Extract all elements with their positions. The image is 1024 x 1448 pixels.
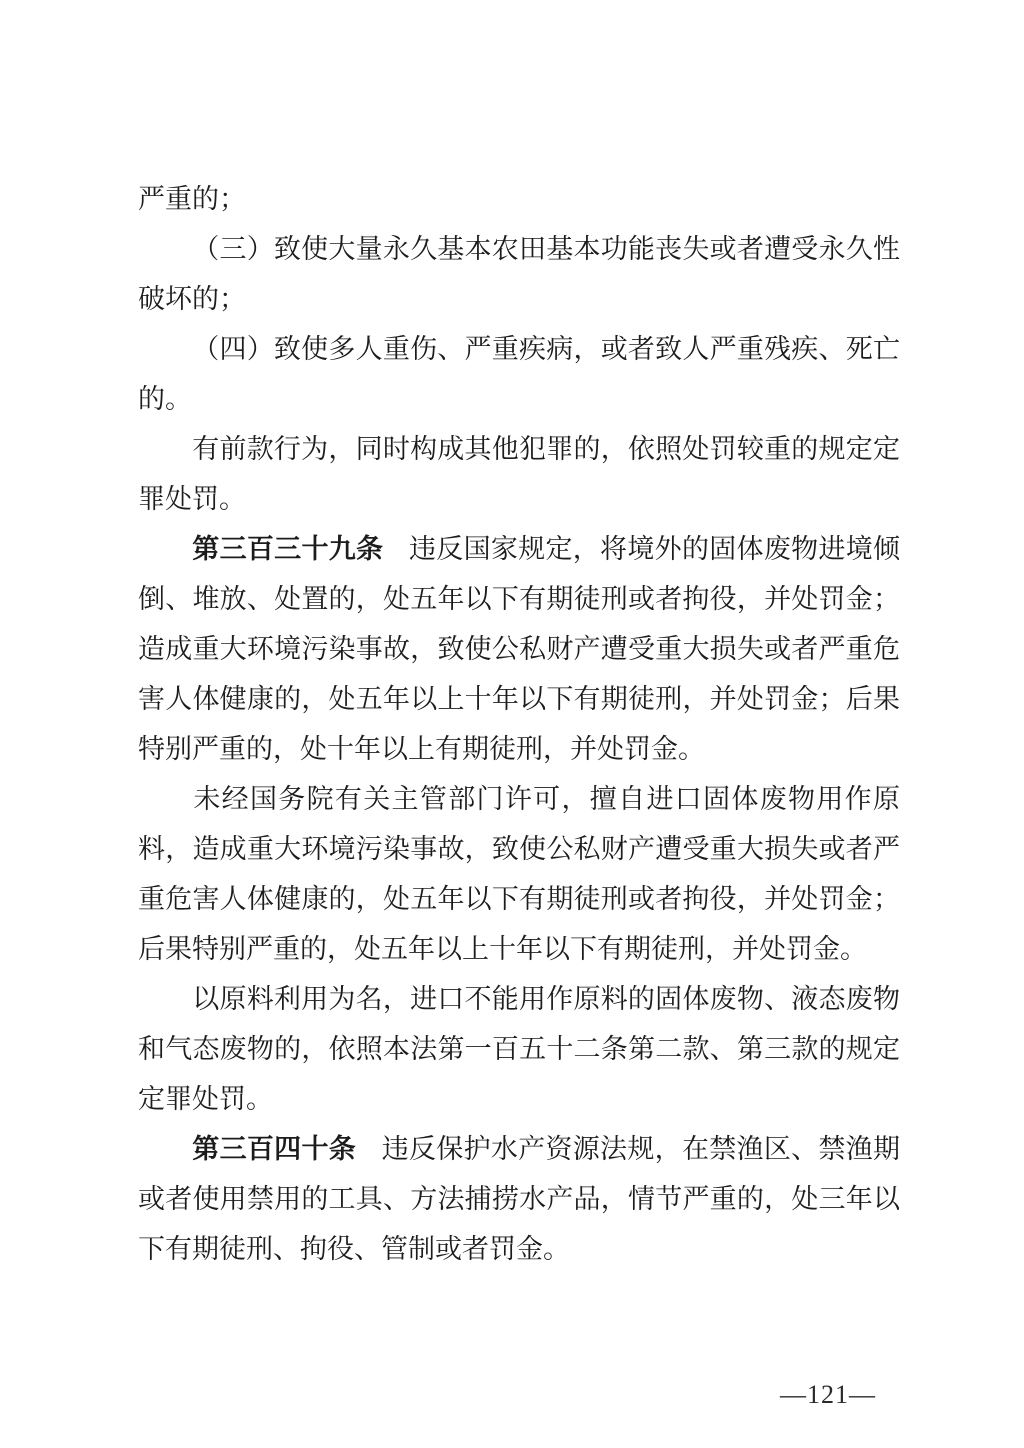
article-number: 第三百四十条 — [192, 1134, 356, 1164]
text-line: 或者使用禁用的工具、方法捕捞水产品，情节严重的，处三年以 — [138, 1174, 900, 1224]
text-line: 的。 — [138, 374, 900, 424]
paragraph-indent — [138, 257, 192, 258]
text-line: 未经国务院有关主管部门许可，擅自进口固体废物用作原 — [138, 774, 900, 824]
text-line: （三）致使大量永久基本农田基本功能丧失或者遭受永久性 — [138, 224, 900, 274]
article-number: 第三百三十九条 — [192, 534, 383, 564]
text-line: 后果特别严重的，处五年以上十年以下有期徒刑，并处罚金。 — [138, 924, 900, 974]
text-line: 以原料利用为名，进口不能用作原料的固体废物、液态废物 — [138, 974, 900, 1024]
text-line: 造成重大环境污染事故，致使公私财产遭受重大损失或者严重危 — [138, 624, 900, 674]
text-line: 特别严重的，处十年以上有期徒刑，并处罚金。 — [138, 724, 900, 774]
paragraph-indent — [138, 807, 192, 808]
paragraph-indent — [138, 557, 192, 558]
page-number: —121— — [780, 1378, 876, 1412]
text-line: 破坏的； — [138, 274, 900, 324]
text-line: 下有期徒刑、拘役、管制或者罚金。 — [138, 1224, 900, 1274]
text-line: 第三百三十九条违反国家规定，将境外的固体废物进境倾 — [138, 524, 900, 574]
document-page: 严重的；（三）致使大量永久基本农田基本功能丧失或者遭受永久性破坏的；（四）致使多… — [0, 0, 1024, 1448]
text-line: 害人体健康的，处五年以上十年以下有期徒刑，并处罚金；后果 — [138, 674, 900, 724]
text-line: 料，造成重大环境污染事故，致使公私财产遭受重大损失或者严 — [138, 824, 900, 874]
text-line: 罪处罚。 — [138, 474, 900, 524]
paragraph-indent — [138, 1007, 192, 1008]
text-line: 严重的； — [138, 174, 900, 224]
paragraph-indent — [138, 357, 192, 358]
text-line: 有前款行为，同时构成其他犯罪的，依照处罚较重的规定定 — [138, 424, 900, 474]
document-body: 严重的；（三）致使大量永久基本农田基本功能丧失或者遭受永久性破坏的；（四）致使多… — [138, 174, 900, 1274]
text-line: 倒、堆放、处置的，处五年以下有期徒刑或者拘役，并处罚金； — [138, 574, 900, 624]
text-line: 重危害人体健康的，处五年以下有期徒刑或者拘役，并处罚金； — [138, 874, 900, 924]
text-line: 第三百四十条违反保护水产资源法规，在禁渔区、禁渔期 — [138, 1124, 900, 1174]
paragraph-indent — [138, 457, 192, 458]
text-line: 定罪处罚。 — [138, 1074, 900, 1124]
text-line: 和气态废物的，依照本法第一百五十二条第二款、第三款的规定 — [138, 1024, 900, 1074]
text-line: （四）致使多人重伤、严重疾病，或者致人严重残疾、死亡 — [138, 324, 900, 374]
paragraph-indent — [138, 1157, 192, 1158]
